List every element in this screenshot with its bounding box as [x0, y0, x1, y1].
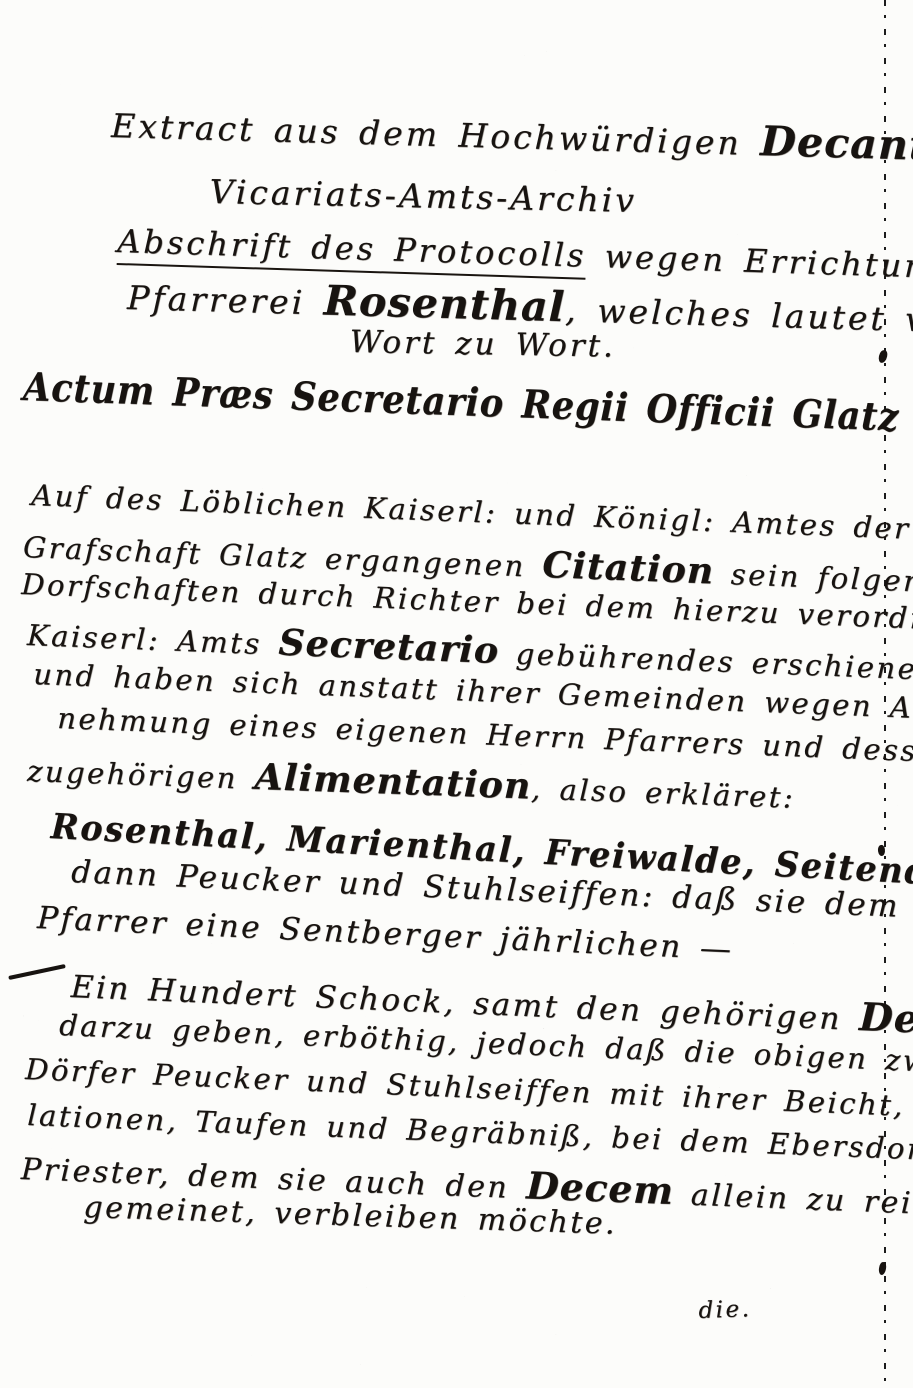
heading-line-2: Vicariats-Amts-Archiv	[209, 172, 637, 220]
line-text: zugehörigen	[27, 754, 256, 796]
latin-word: Secretario	[278, 621, 500, 672]
latin-word: Decem	[858, 995, 913, 1046]
line-text: Kaiserl: Amts	[26, 618, 279, 662]
line-text: allein zu reichen	[673, 1177, 913, 1224]
line-text: Actum Præs Secretario Regii Officii Glat…	[22, 364, 913, 451]
heading-line-5: Wort zu Wort.	[349, 324, 616, 365]
dateline: Actum Præs Secretario Regii Officii Glat…	[22, 364, 913, 451]
line-text: wegen Errichtung der	[586, 237, 913, 289]
heading-line-1: Extract aus dem Hochwürdigen Decant und	[111, 98, 913, 172]
margin-dash-mark	[8, 964, 66, 980]
latin-word: Alimentation	[254, 755, 532, 808]
latin-word: Citation	[542, 543, 715, 593]
line-text: , also erkläret:	[531, 772, 796, 815]
line-text: Pfarrerei	[127, 278, 325, 322]
line-text: sein folgende	[713, 557, 913, 601]
line-text: Vicariats-Amts-Archiv	[209, 172, 637, 220]
manuscript-page: Extract aus dem Hochwürdigen Decant und …	[0, 0, 913, 1388]
latin-word: Rosenthal	[323, 275, 566, 331]
ink-blob	[878, 349, 889, 363]
line-text: die.	[698, 1296, 752, 1324]
catchword: die.	[698, 1296, 752, 1324]
line-text: , welches lautet von	[565, 290, 913, 340]
line-text: Extract aus dem Hochwürdigen	[111, 106, 761, 163]
line-text: Wort zu Wort.	[349, 324, 616, 365]
latin-word: Decant	[760, 116, 913, 170]
